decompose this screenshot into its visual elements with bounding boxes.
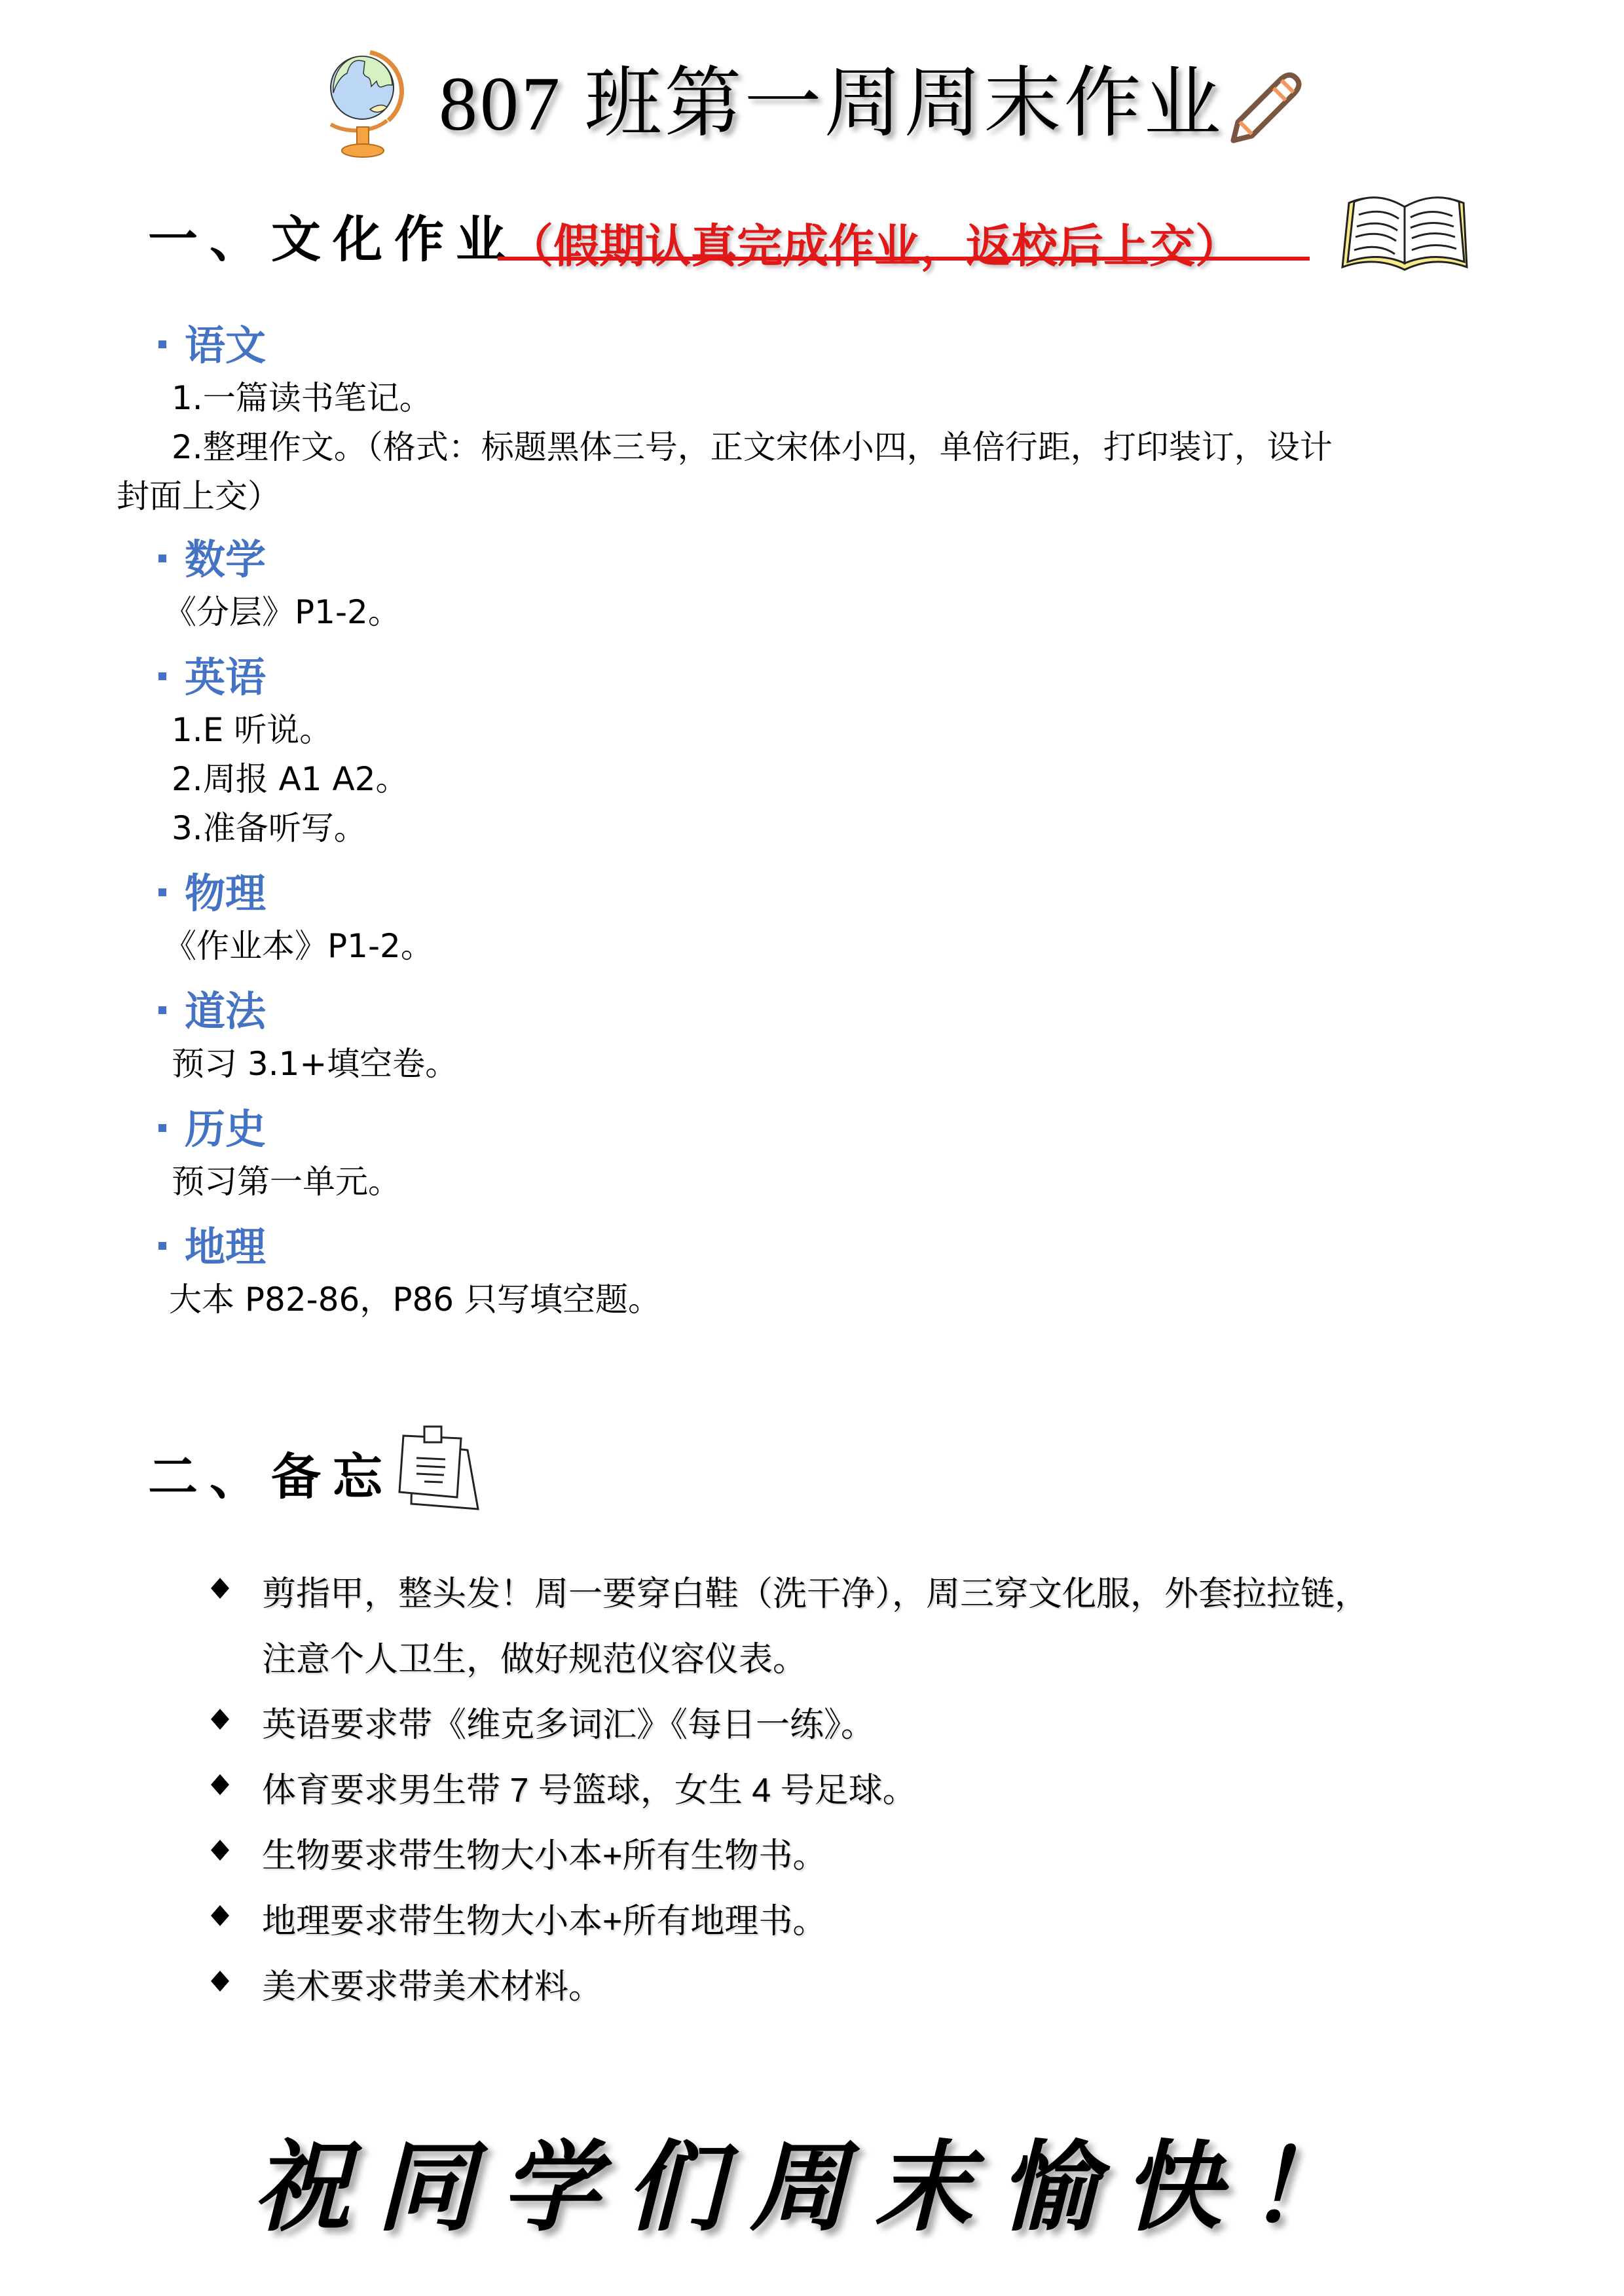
section-heading-memo: 二、备忘 <box>148 1437 394 1508</box>
diamond-bullet-icon <box>208 1773 232 1796</box>
pencil-icon <box>1221 58 1319 149</box>
english-item-2: 2.周报 A1 A2。 <box>172 753 409 800</box>
english-item-1: 1.E 听说。 <box>172 704 332 751</box>
square-bullet-icon <box>158 888 166 896</box>
clipboard-note-icon <box>398 1424 482 1516</box>
submit-note: （假期认真完成作业，返校后上交） <box>507 210 1241 276</box>
diamond-bullet-icon <box>208 1576 232 1600</box>
closing-greeting: 祝同学们周末愉快！ <box>0 2108 1624 2250</box>
note-underline <box>498 257 1310 261</box>
subject-heading-history: 历史 <box>158 1097 266 1155</box>
physics-item-1: 《作业本》P1-2。 <box>164 920 434 967</box>
diamond-bullet-icon <box>208 1904 232 1927</box>
chinese-item-2-cont: 封面上交） <box>117 470 280 517</box>
subject-heading-chinese: 语文 <box>158 313 266 371</box>
diamond-bullet-icon <box>208 1838 232 1862</box>
subject-heading-math: 数学 <box>158 527 266 585</box>
geography-item-1: 大本 P82-86，P86 只写填空题。 <box>169 1273 661 1321</box>
diamond-bullet-icon <box>208 1969 232 1993</box>
chinese-item-2: 2.整理作文。（格式：标题黑体三号，正文宋体小四，单倍行距，打印装订，设计 <box>172 421 1333 468</box>
diamond-bullet-icon <box>208 1707 232 1731</box>
square-bullet-icon <box>158 555 166 562</box>
section-heading-homework: 一、文化作业 <box>148 200 517 271</box>
math-item-1: 《分层》P1-2。 <box>164 586 401 633</box>
square-bullet-icon <box>158 1006 166 1014</box>
memo-item-1-cont: 注意个人卫生，做好规范仪容仪表。 <box>262 1631 807 1681</box>
memo-item-6: 美术要求带美术材料。 <box>262 1959 602 2008</box>
square-bullet-icon <box>158 1124 166 1132</box>
memo-item-3: 体育要求男生带 7 号篮球，女生 4 号足球。 <box>262 1762 917 1812</box>
subject-heading-english: 英语 <box>158 645 266 703</box>
english-item-3: 3.准备听写。 <box>172 802 367 849</box>
memo-item-1: 剪指甲，整头发！周一要穿白鞋（洗干净），周三穿文化服，外套拉拉链， <box>262 1566 1369 1615</box>
globe-icon <box>324 47 409 162</box>
chinese-item-1: 1.一篇读书笔记。 <box>172 372 432 419</box>
page-title: 807 班第一周周末作业 <box>439 41 1224 152</box>
memo-item-4: 生物要求带生物大小本+所有生物书。 <box>262 1828 826 1877</box>
square-bullet-icon <box>158 672 166 680</box>
square-bullet-icon <box>158 340 166 348</box>
history-item-1: 预习第一单元。 <box>172 1156 401 1203</box>
subject-heading-morality-law: 道法 <box>158 979 266 1037</box>
square-bullet-icon <box>158 1242 166 1250</box>
open-book-icon <box>1336 190 1473 275</box>
subject-heading-geography: 地理 <box>158 1214 266 1273</box>
memo-item-2: 英语要求带《维克多词汇》《每日一练》。 <box>262 1697 875 1746</box>
memo-item-5: 地理要求带生物大小本+所有地理书。 <box>262 1893 826 1942</box>
subject-heading-physics: 物理 <box>158 861 266 919</box>
morality-law-item-1: 预习 3.1+填空卷。 <box>172 1038 458 1085</box>
